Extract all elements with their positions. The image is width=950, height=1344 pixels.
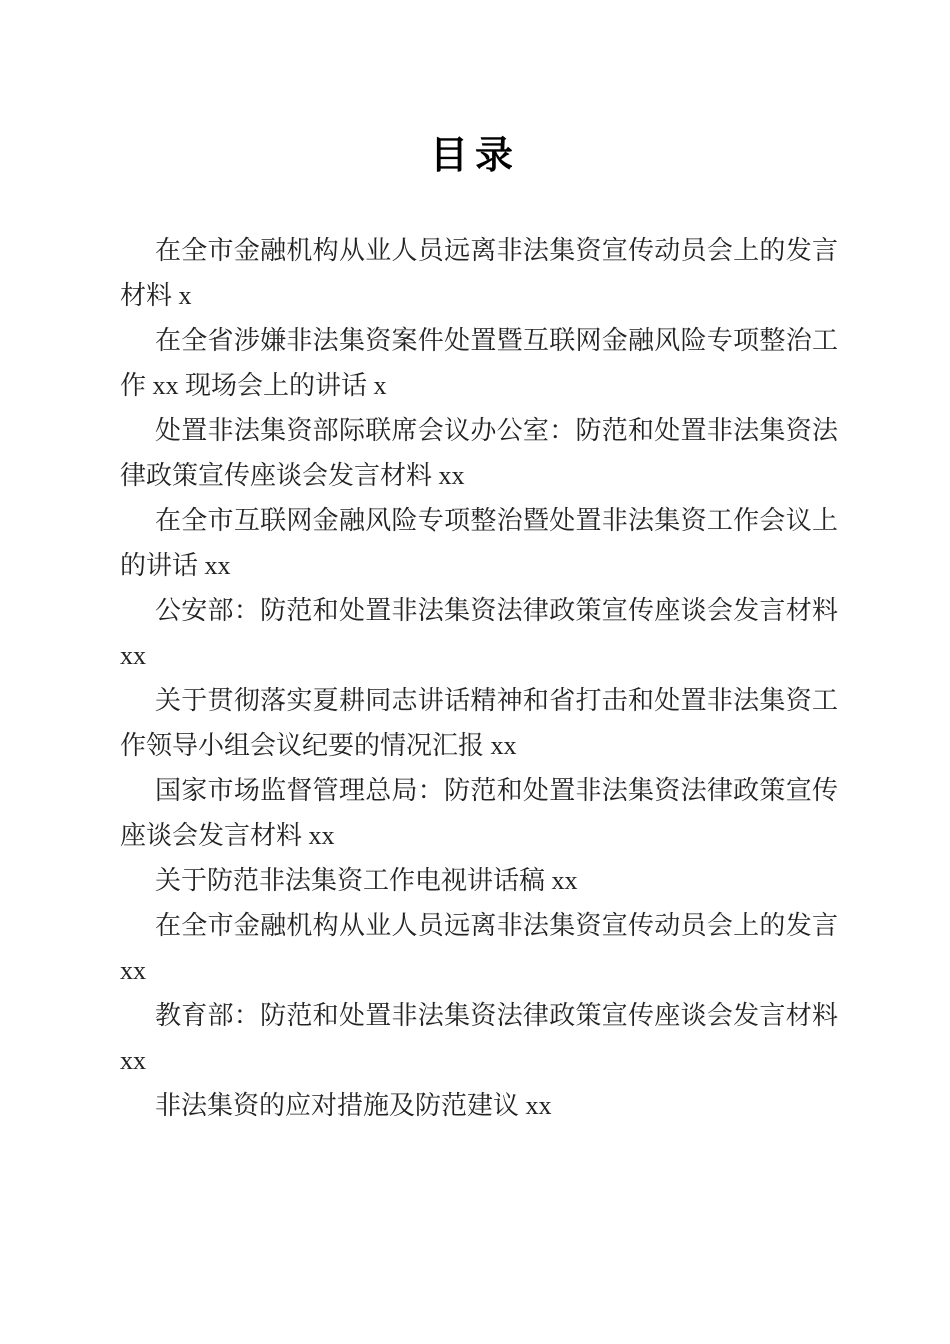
toc-entry: 国家市场监督管理总局：防范和处置非法集资法律政策宣传座谈会发言材料 xx — [120, 768, 838, 858]
toc-list: 在全市金融机构从业人员远离非法集资宣传动员会上的发言材料 x在全省涉嫌非法集资案… — [120, 228, 838, 1128]
toc-entry: 教育部：防范和处置非法集资法律政策宣传座谈会发言材料 xx — [120, 993, 838, 1083]
page-title: 目录 — [0, 0, 950, 182]
toc-entry: 公安部：防范和处置非法集资法律政策宣传座谈会发言材料 xx — [120, 588, 838, 678]
toc-entry: 关于贯彻落实夏耕同志讲话精神和省打击和处置非法集资工作领导小组会议纪要的情况汇报… — [120, 678, 838, 768]
document-page: 目录 在全市金融机构从业人员远离非法集资宣传动员会上的发言材料 x在全省涉嫌非法… — [0, 0, 950, 1344]
toc-entry: 关于防范非法集资工作电视讲话稿 xx — [120, 858, 838, 903]
toc-entry: 非法集资的应对措施及防范建议 xx — [120, 1083, 838, 1128]
toc-entry: 在全省涉嫌非法集资案件处置暨互联网金融风险专项整治工作 xx 现场会上的讲话 x — [120, 318, 838, 408]
toc-entry: 在全市互联网金融风险专项整治暨处置非法集资工作会议上的讲话 xx — [120, 498, 838, 588]
toc-entry: 在全市金融机构从业人员远离非法集资宣传动员会上的发言材料 x — [120, 228, 838, 318]
toc-entry: 在全市金融机构从业人员远离非法集资宣传动员会上的发言 xx — [120, 903, 838, 993]
toc-entry: 处置非法集资部际联席会议办公室：防范和处置非法集资法律政策宣传座谈会发言材料 x… — [120, 408, 838, 498]
